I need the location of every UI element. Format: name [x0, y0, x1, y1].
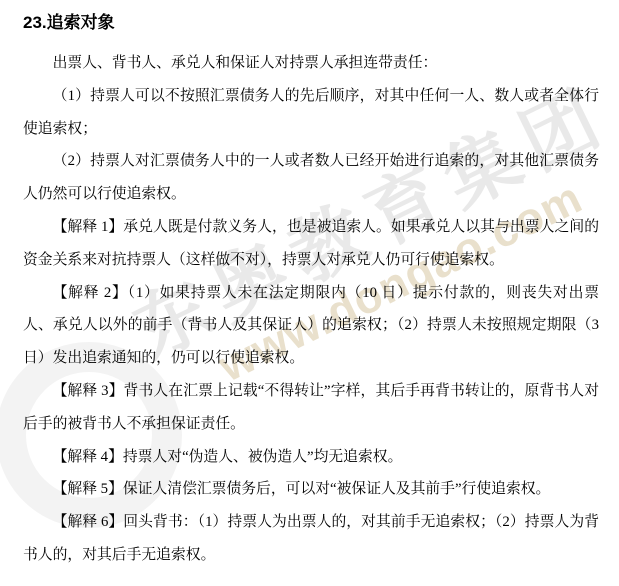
paragraph-note-2: 【解释 2】（1）如果持票人未在法定期限内（10 日）提示付款的，则丧失对出票人… [23, 277, 599, 375]
paragraph-note-6: 【解释 6】回头背书：（1）持票人为出票人的，对其前手无追索权；（2）持票人为背… [23, 506, 599, 572]
page-title: 23.追索对象 [23, 12, 599, 33]
paragraph-liability-intro: 出票人、背书人、承兑人和保证人对持票人承担连带责任： [23, 47, 599, 80]
paragraph-note-5: 【解释 5】保证人清偿汇票债务后，可以对“被保证人及其前手”行使追索权。 [23, 473, 599, 506]
document-content: 23.追索对象 出票人、背书人、承兑人和保证人对持票人承担连带责任： （1）持票… [0, 0, 619, 572]
paragraph-note-3: 【解释 3】背书人在汇票上记载“不得转让”字样，其后手再背书转让的，原背书人对后… [23, 375, 599, 441]
document-page: 东奥教育集团 www.dongao.com 23.追索对象 出票人、背书人、承兑… [0, 0, 619, 586]
paragraph-item-1: （1）持票人可以不按照汇票债务人的先后顺序，对其中任何一人、数人或者全体行使追索… [23, 80, 599, 146]
paragraph-note-4: 【解释 4】持票人对“伪造人、被伪造人”均无追索权。 [23, 441, 599, 474]
paragraph-item-2: （2）持票人对汇票债务人中的一人或者数人已经开始进行追索的，对其他汇票债务人仍然… [23, 145, 599, 211]
paragraph-note-1: 【解释 1】承兑人既是付款义务人，也是被追索人。如果承兑人以其与出票人之间的资金… [23, 211, 599, 277]
